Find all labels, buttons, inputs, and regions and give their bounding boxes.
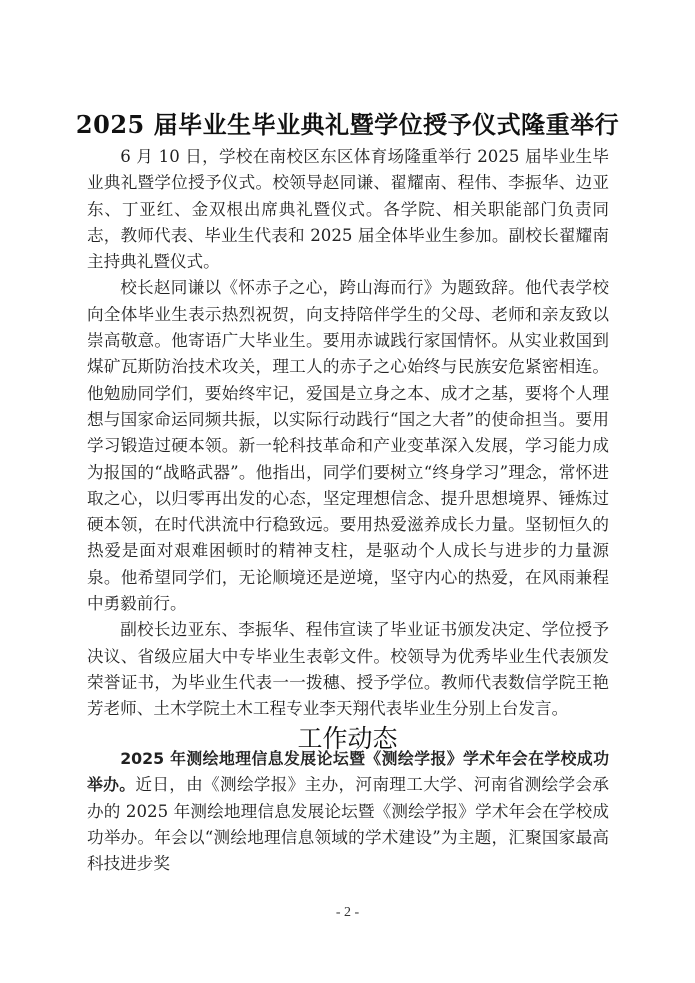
article-paragraph: 校长赵同谦以《怀赤子之心，跨山海而行》为题致辞。他代表学校向全体毕业生表示热烈祝… bbox=[87, 275, 609, 617]
work-news-body: 2025 年测绘地理信息发展论坛暨《测绘学报》学术年会在学校成功举办。近日，由《… bbox=[87, 746, 609, 877]
document-page: 2025 届毕业生毕业典礼暨学位授予仪式隆重举行 6 月 10 日，学校在南校区… bbox=[0, 0, 695, 983]
article-paragraph: 6 月 10 日，学校在南校区东区体育场隆重举行 2025 届毕业生毕业典礼暨学… bbox=[87, 144, 609, 275]
news-body-text: 近日，由《测绘学报》主办，河南理工大学、河南省测绘学会承办的 2025 年测绘地… bbox=[87, 775, 609, 873]
article-title: 2025 届毕业生毕业典礼暨学位授予仪式隆重举行 bbox=[60, 108, 635, 142]
work-news-paragraph: 2025 年测绘地理信息发展论坛暨《测绘学报》学术年会在学校成功举办。近日，由《… bbox=[87, 746, 609, 877]
article-body: 6 月 10 日，学校在南校区东区体育场隆重举行 2025 届毕业生毕业典礼暨学… bbox=[87, 144, 609, 723]
article-paragraph: 副校长边亚东、李振华、程伟宣读了毕业证书颁发决定、学位授予决议、省级应届大中专毕… bbox=[87, 617, 609, 722]
page-number: - 2 - bbox=[0, 905, 695, 921]
